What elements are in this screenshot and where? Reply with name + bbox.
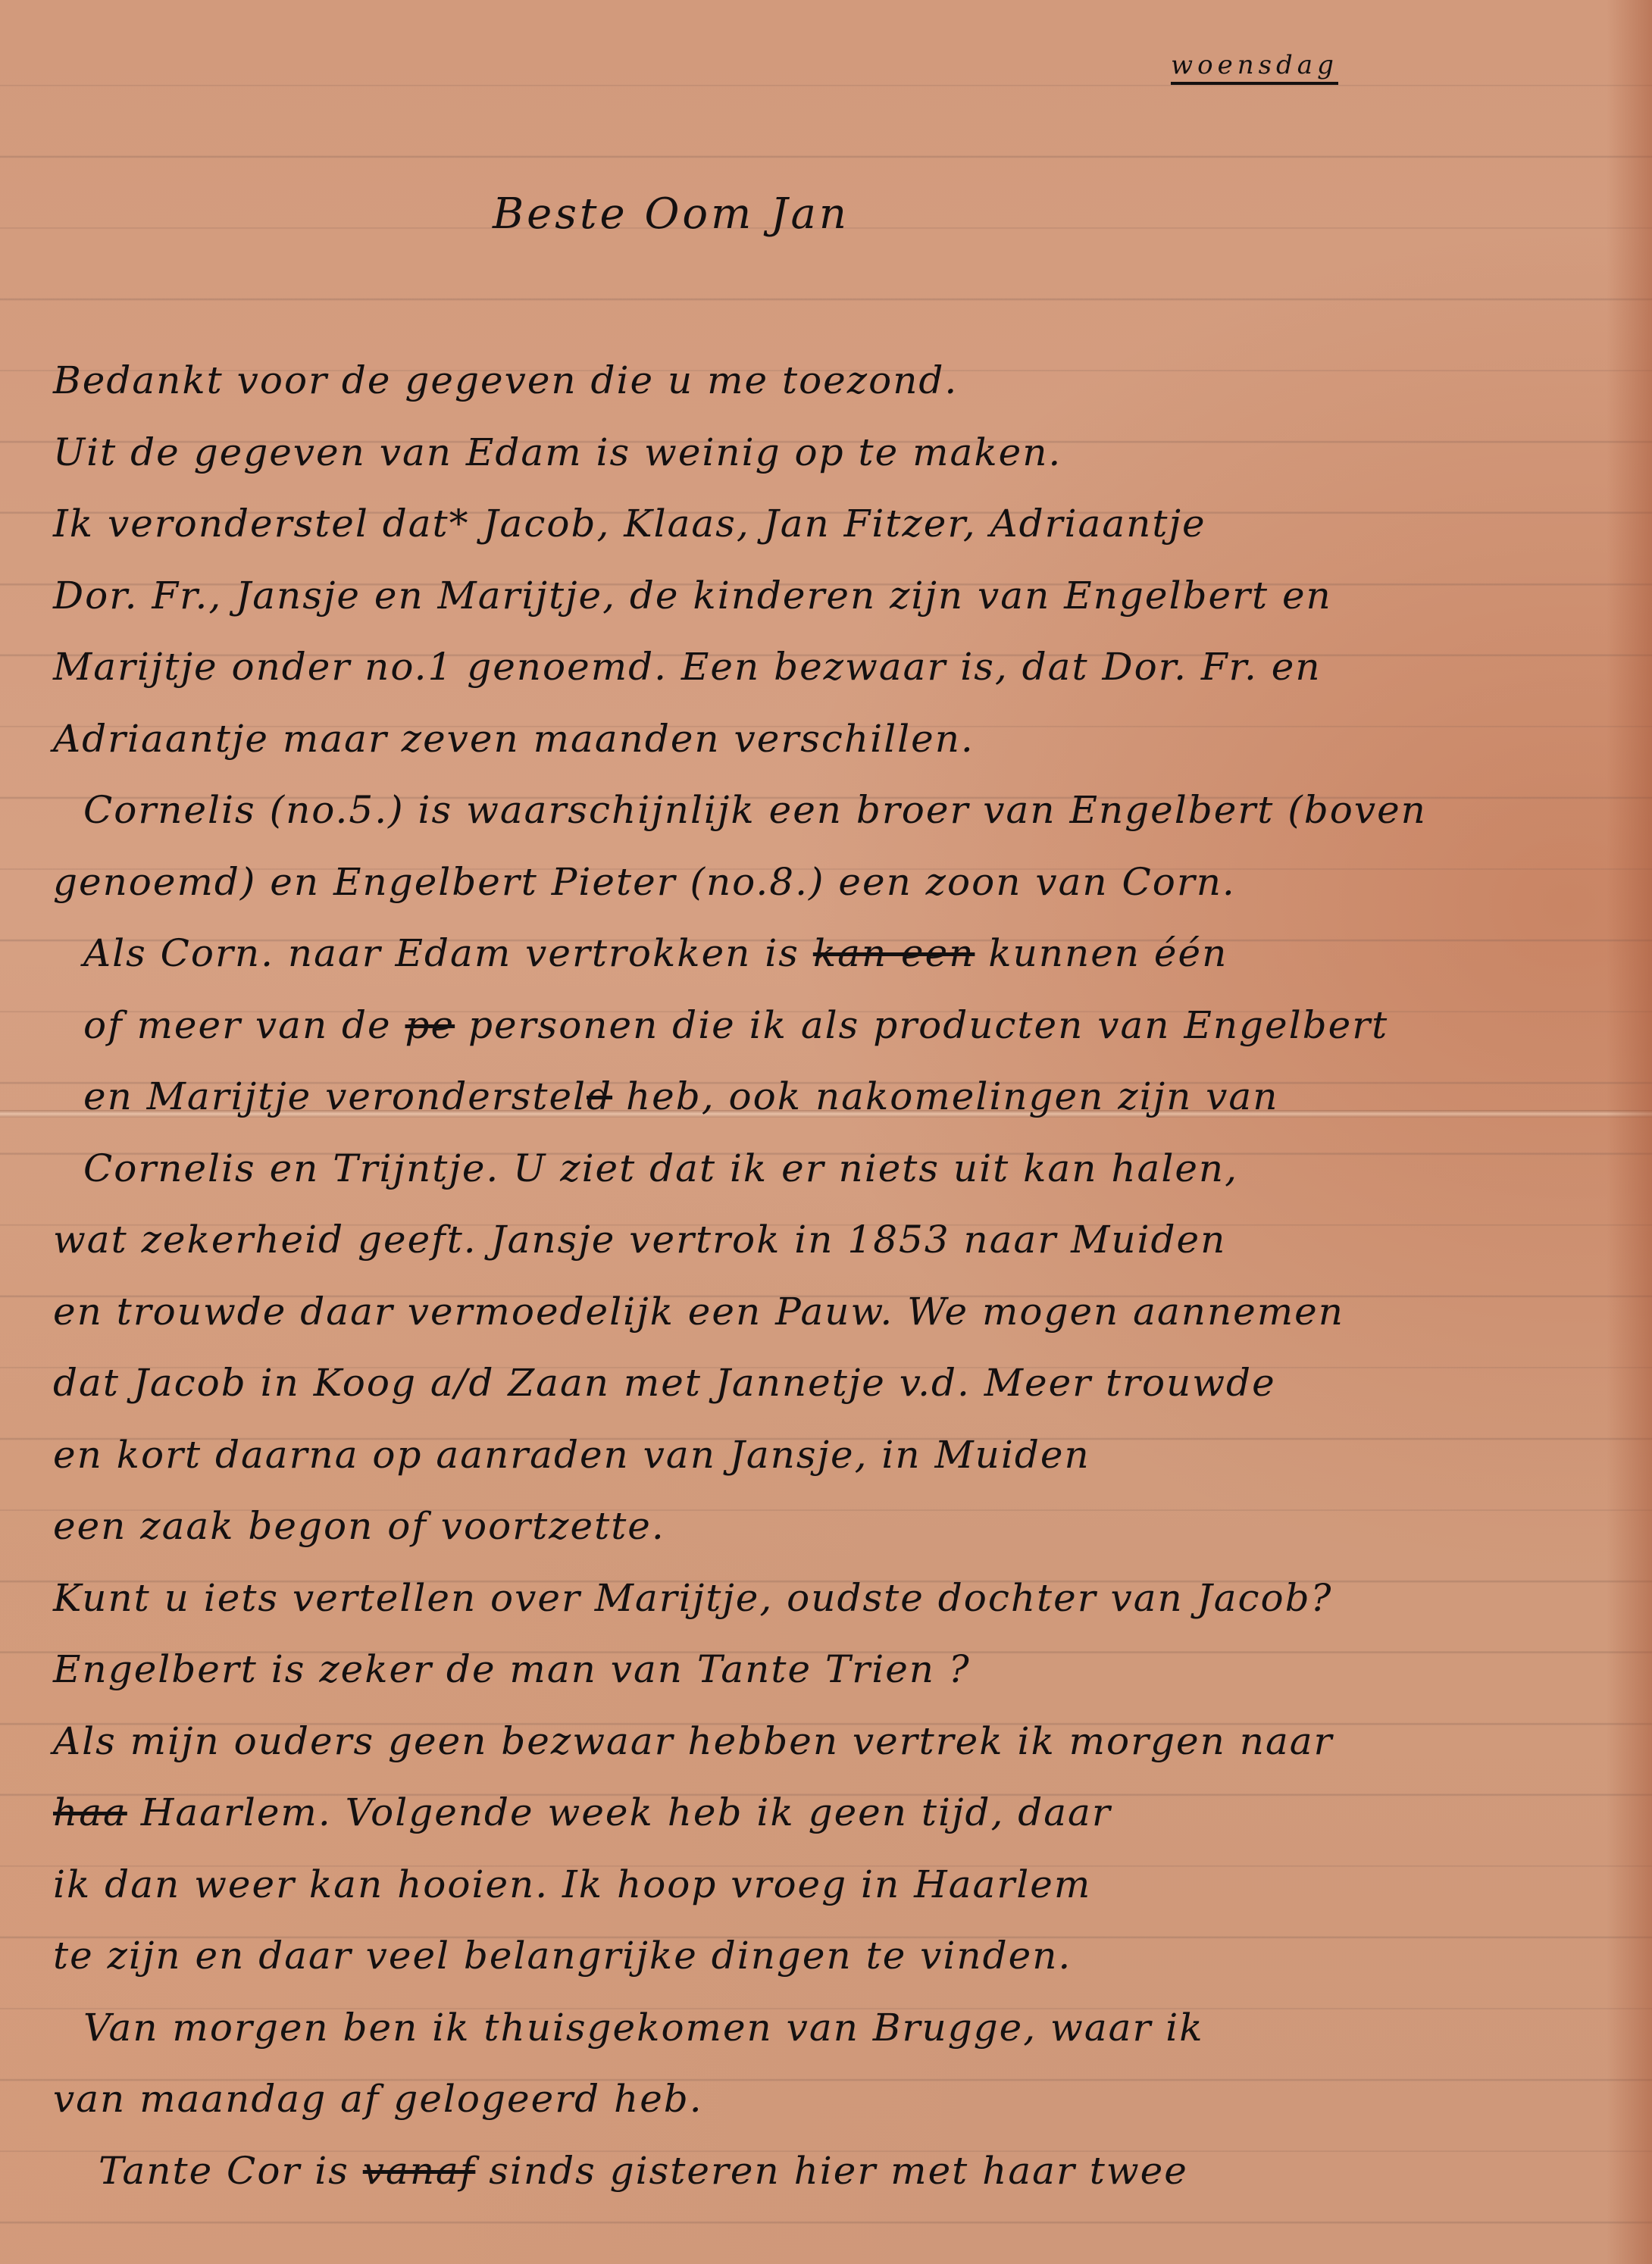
letter-line: en kort daarna op aanraden van Jansje, i…	[53, 1419, 1614, 1491]
letter-line: wat zekerheid geeft. Jansje vertrok in 1…	[53, 1204, 1614, 1276]
letter-line: Adriaantje maar zeven maanden verschille…	[53, 703, 1614, 775]
line-text: Bedankt voor de gegeven die u me toezond…	[53, 358, 958, 402]
line-text: ik dan weer kan hooien. Ik hoop vroeg in…	[53, 1862, 1091, 1906]
line-text: Als mijn ouders geen bezwaar hebben vert…	[53, 1719, 1333, 1763]
line-text: Cornelis (no.5.) is waarschijnlijk een b…	[83, 788, 1427, 832]
line-text: Van morgen ben ik thuisgekomen van Brugg…	[83, 2006, 1204, 2050]
letter-line: een zaak begon of voortzette.	[53, 1490, 1614, 1562]
struck-text: vanaf	[363, 2149, 476, 2193]
line-text: een zaak begon of voortzette.	[53, 1504, 665, 1548]
line-text: Uit de gegeven van Edam is weinig op te …	[53, 430, 1062, 474]
letter-line: Cornelis en Trijntje. U ziet dat ik er n…	[53, 1133, 1614, 1205]
line-text: heb, ook nakomelingen zijn van	[612, 1074, 1278, 1118]
letter-line: Bedankt voor de gegeven die u me toezond…	[53, 345, 1614, 417]
letter-line: van maandag af gelogeerd heb.	[53, 2063, 1614, 2135]
letter-line: Als mijn ouders geen bezwaar hebben vert…	[53, 1706, 1614, 1778]
line-text: Ik veronderstel dat* Jacob, Klaas, Jan F…	[53, 502, 1206, 546]
letter-line: Engelbert is zeker de man van Tante Trie…	[53, 1634, 1614, 1706]
letter-page: woensdag Beste Oom Jan Bedankt voor de g…	[0, 0, 1652, 2264]
line-text: sinds gisteren hier met haar twee	[475, 2149, 1188, 2193]
letter-line: Marijtje onder no.1 genoemd. Een bezwaar…	[53, 631, 1614, 703]
line-text: personen die ik als producten van Engelb…	[455, 1003, 1388, 1047]
line-text: en trouwde daar vermoedelijk een Pauw. W…	[53, 1290, 1344, 1334]
letter-body: Bedankt voor de gegeven die u me toezond…	[53, 345, 1614, 2206]
line-text: Cornelis en Trijntje. U ziet dat ik er n…	[83, 1146, 1238, 1190]
letter-line: Uit de gegeven van Edam is weinig op te …	[53, 417, 1614, 489]
letter-line: Kunt u iets vertellen over Marijtje, oud…	[53, 1562, 1614, 1634]
line-text: wat zekerheid geeft. Jansje vertrok in 1…	[53, 1218, 1226, 1262]
letter-line: en trouwde daar vermoedelijk een Pauw. W…	[53, 1276, 1614, 1348]
line-text: van maandag af gelogeerd heb.	[53, 2077, 703, 2121]
struck-text: haa	[53, 1790, 127, 1834]
letter-line: en Marijtje verondersteld heb, ook nakom…	[53, 1061, 1614, 1133]
letter-line: Als Corn. naar Edam vertrokken is kan ee…	[53, 918, 1614, 990]
letter-line: Ik veronderstel dat* Jacob, Klaas, Jan F…	[53, 488, 1614, 560]
line-text: kunnen één	[975, 931, 1228, 975]
line-text: genoemd) en Engelbert Pieter (no.8.) een…	[53, 860, 1236, 904]
line-text: te zijn en daar veel belangrijke dingen …	[53, 1934, 1072, 1978]
letter-line: ik dan weer kan hooien. Ik hoop vroeg in…	[53, 1849, 1614, 1921]
line-text: of meer van de	[83, 1003, 405, 1047]
letter-line: haa Haarlem. Volgende week heb ik geen t…	[53, 1777, 1614, 1849]
line-text: Als Corn. naar Edam vertrokken is	[83, 931, 813, 975]
line-text: Kunt u iets vertellen over Marijtje, oud…	[53, 1576, 1332, 1620]
line-text: en kort daarna op aanraden van Jansje, i…	[53, 1433, 1090, 1477]
date-heading: woensdag	[1171, 50, 1338, 85]
letter-line: te zijn en daar veel belangrijke dingen …	[53, 1920, 1614, 1992]
line-text: Tante Cor is	[99, 2149, 363, 2193]
letter-line: Dor. Fr., Jansje en Marijtje, de kindere…	[53, 560, 1614, 632]
line-text: en Marijtje veronderstel	[83, 1074, 587, 1118]
struck-text: kan een	[813, 931, 975, 975]
salutation: Beste Oom Jan	[493, 189, 849, 239]
line-text: Haarlem. Volgende week heb ik geen tijd,…	[127, 1790, 1112, 1834]
letter-line: Tante Cor is vanaf sinds gisteren hier m…	[53, 2135, 1614, 2207]
line-text: Marijtje onder no.1 genoemd. Een bezwaar…	[53, 645, 1322, 689]
line-text: Adriaantje maar zeven maanden verschille…	[53, 717, 975, 761]
letter-line: Cornelis (no.5.) is waarschijnlijk een b…	[53, 774, 1614, 846]
line-text: Dor. Fr., Jansje en Marijtje, de kindere…	[53, 574, 1332, 618]
letter-line: of meer van de pe personen die ik als pr…	[53, 990, 1614, 1062]
letter-line: genoemd) en Engelbert Pieter (no.8.) een…	[53, 846, 1614, 918]
struck-text: d	[587, 1074, 612, 1118]
struck-text: pe	[405, 1003, 455, 1047]
line-text: Engelbert is zeker de man van Tante Trie…	[53, 1647, 971, 1691]
line-text: dat Jacob in Koog a/d Zaan met Jannetje …	[53, 1361, 1276, 1405]
letter-line: Van morgen ben ik thuisgekomen van Brugg…	[53, 1992, 1614, 2064]
letter-line: dat Jacob in Koog a/d Zaan met Jannetje …	[53, 1347, 1614, 1419]
